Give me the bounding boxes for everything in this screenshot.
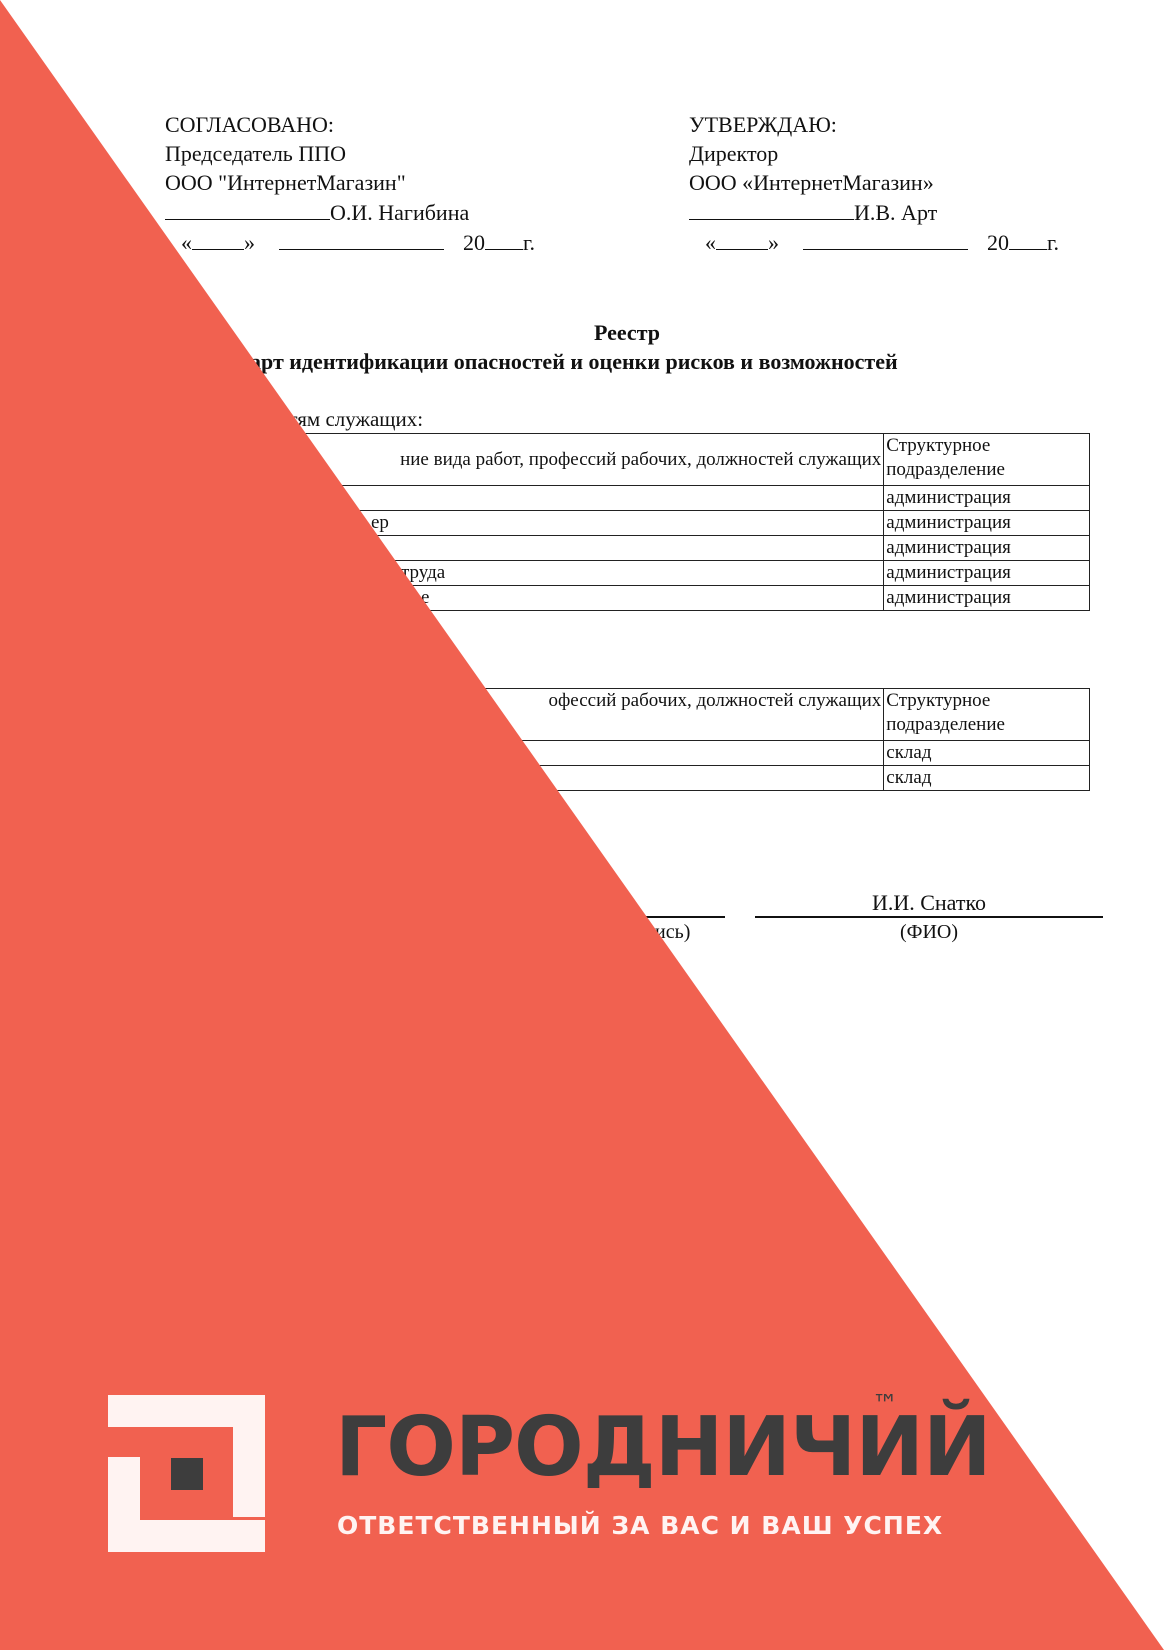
- approval-left-signer-line: О.И. Нагибина: [165, 197, 535, 227]
- approval-left-org: ООО "ИнтернетМагазин": [165, 168, 535, 197]
- month-blank: [279, 227, 444, 250]
- approval-left-position: Председатель ППО: [165, 139, 535, 168]
- approval-right: УТВЕРЖДАЮ: Директор ООО «ИнтернетМагазин…: [689, 110, 1059, 257]
- month-blank: [803, 227, 968, 250]
- signature-blank: [689, 197, 854, 220]
- brand-tagline: ОТВЕТСТВЕННЫЙ ЗА ВАС И ВАШ УСПЕХ: [337, 1511, 943, 1540]
- header-work-type: ние вида работ, профессий рабочих, должн…: [241, 434, 884, 486]
- name-caption: (ФИО): [755, 918, 1103, 947]
- day-blank: [192, 227, 244, 250]
- approval-right-heading: УТВЕРЖДАЮ:: [689, 110, 1059, 139]
- document-subtitle: арт идентификации опасностей и оценки ри…: [250, 349, 898, 375]
- year-blank: [1009, 227, 1047, 250]
- signature-blank: [165, 197, 330, 220]
- header-department: Структурное подразделение: [884, 434, 1090, 486]
- table-header-row: офессий рабочих, должностей служащих Стр…: [241, 689, 1090, 741]
- approval-left: СОГЛАСОВАНО: Председатель ППО ООО "Интер…: [165, 110, 535, 257]
- brand-trademark: ™: [872, 1390, 898, 1420]
- year-blank: [485, 227, 523, 250]
- brand-logo-icon: [108, 1395, 265, 1552]
- table-row: склад: [241, 766, 1090, 791]
- registry-table-warehouse: офессий рабочих, должностей служащих Стр…: [240, 688, 1090, 791]
- header-work-type: офессий рабочих, должностей служащих: [241, 689, 884, 741]
- signer-name: И.И. Снатко: [755, 888, 1103, 917]
- table-row: склад: [241, 741, 1090, 766]
- table-row: ерадминистрация: [241, 511, 1090, 536]
- approval-left-heading: СОГЛАСОВАНО:: [165, 110, 535, 139]
- table-row: администрация: [241, 486, 1090, 511]
- table-row: еадминистрация: [241, 586, 1090, 611]
- table-row: трудаадминистрация: [241, 561, 1090, 586]
- approval-left-signer: О.И. Нагибина: [330, 200, 469, 225]
- day-blank: [716, 227, 768, 250]
- approval-right-position: Директор: [689, 139, 1059, 168]
- approval-right-signer: И.В. Арт: [854, 200, 937, 225]
- approval-right-signer-line: И.В. Арт: [689, 197, 1059, 227]
- section1-caption: остям служащих:: [268, 405, 423, 434]
- approval-right-org: ООО «ИнтернетМагазин»: [689, 168, 1059, 197]
- approval-left-date: «» 20г.: [165, 227, 535, 257]
- approval-right-date: «» 20г.: [689, 227, 1059, 257]
- table-row: администрация: [241, 536, 1090, 561]
- signature-caption: ись): [655, 918, 690, 947]
- header-department: Структурное подразделение: [884, 689, 1090, 741]
- table-header-row: ние вида работ, профессий рабочих, должн…: [241, 434, 1090, 486]
- registry-table-administration: ние вида работ, профессий рабочих, должн…: [240, 433, 1090, 611]
- document-title: Реестр: [0, 320, 1164, 346]
